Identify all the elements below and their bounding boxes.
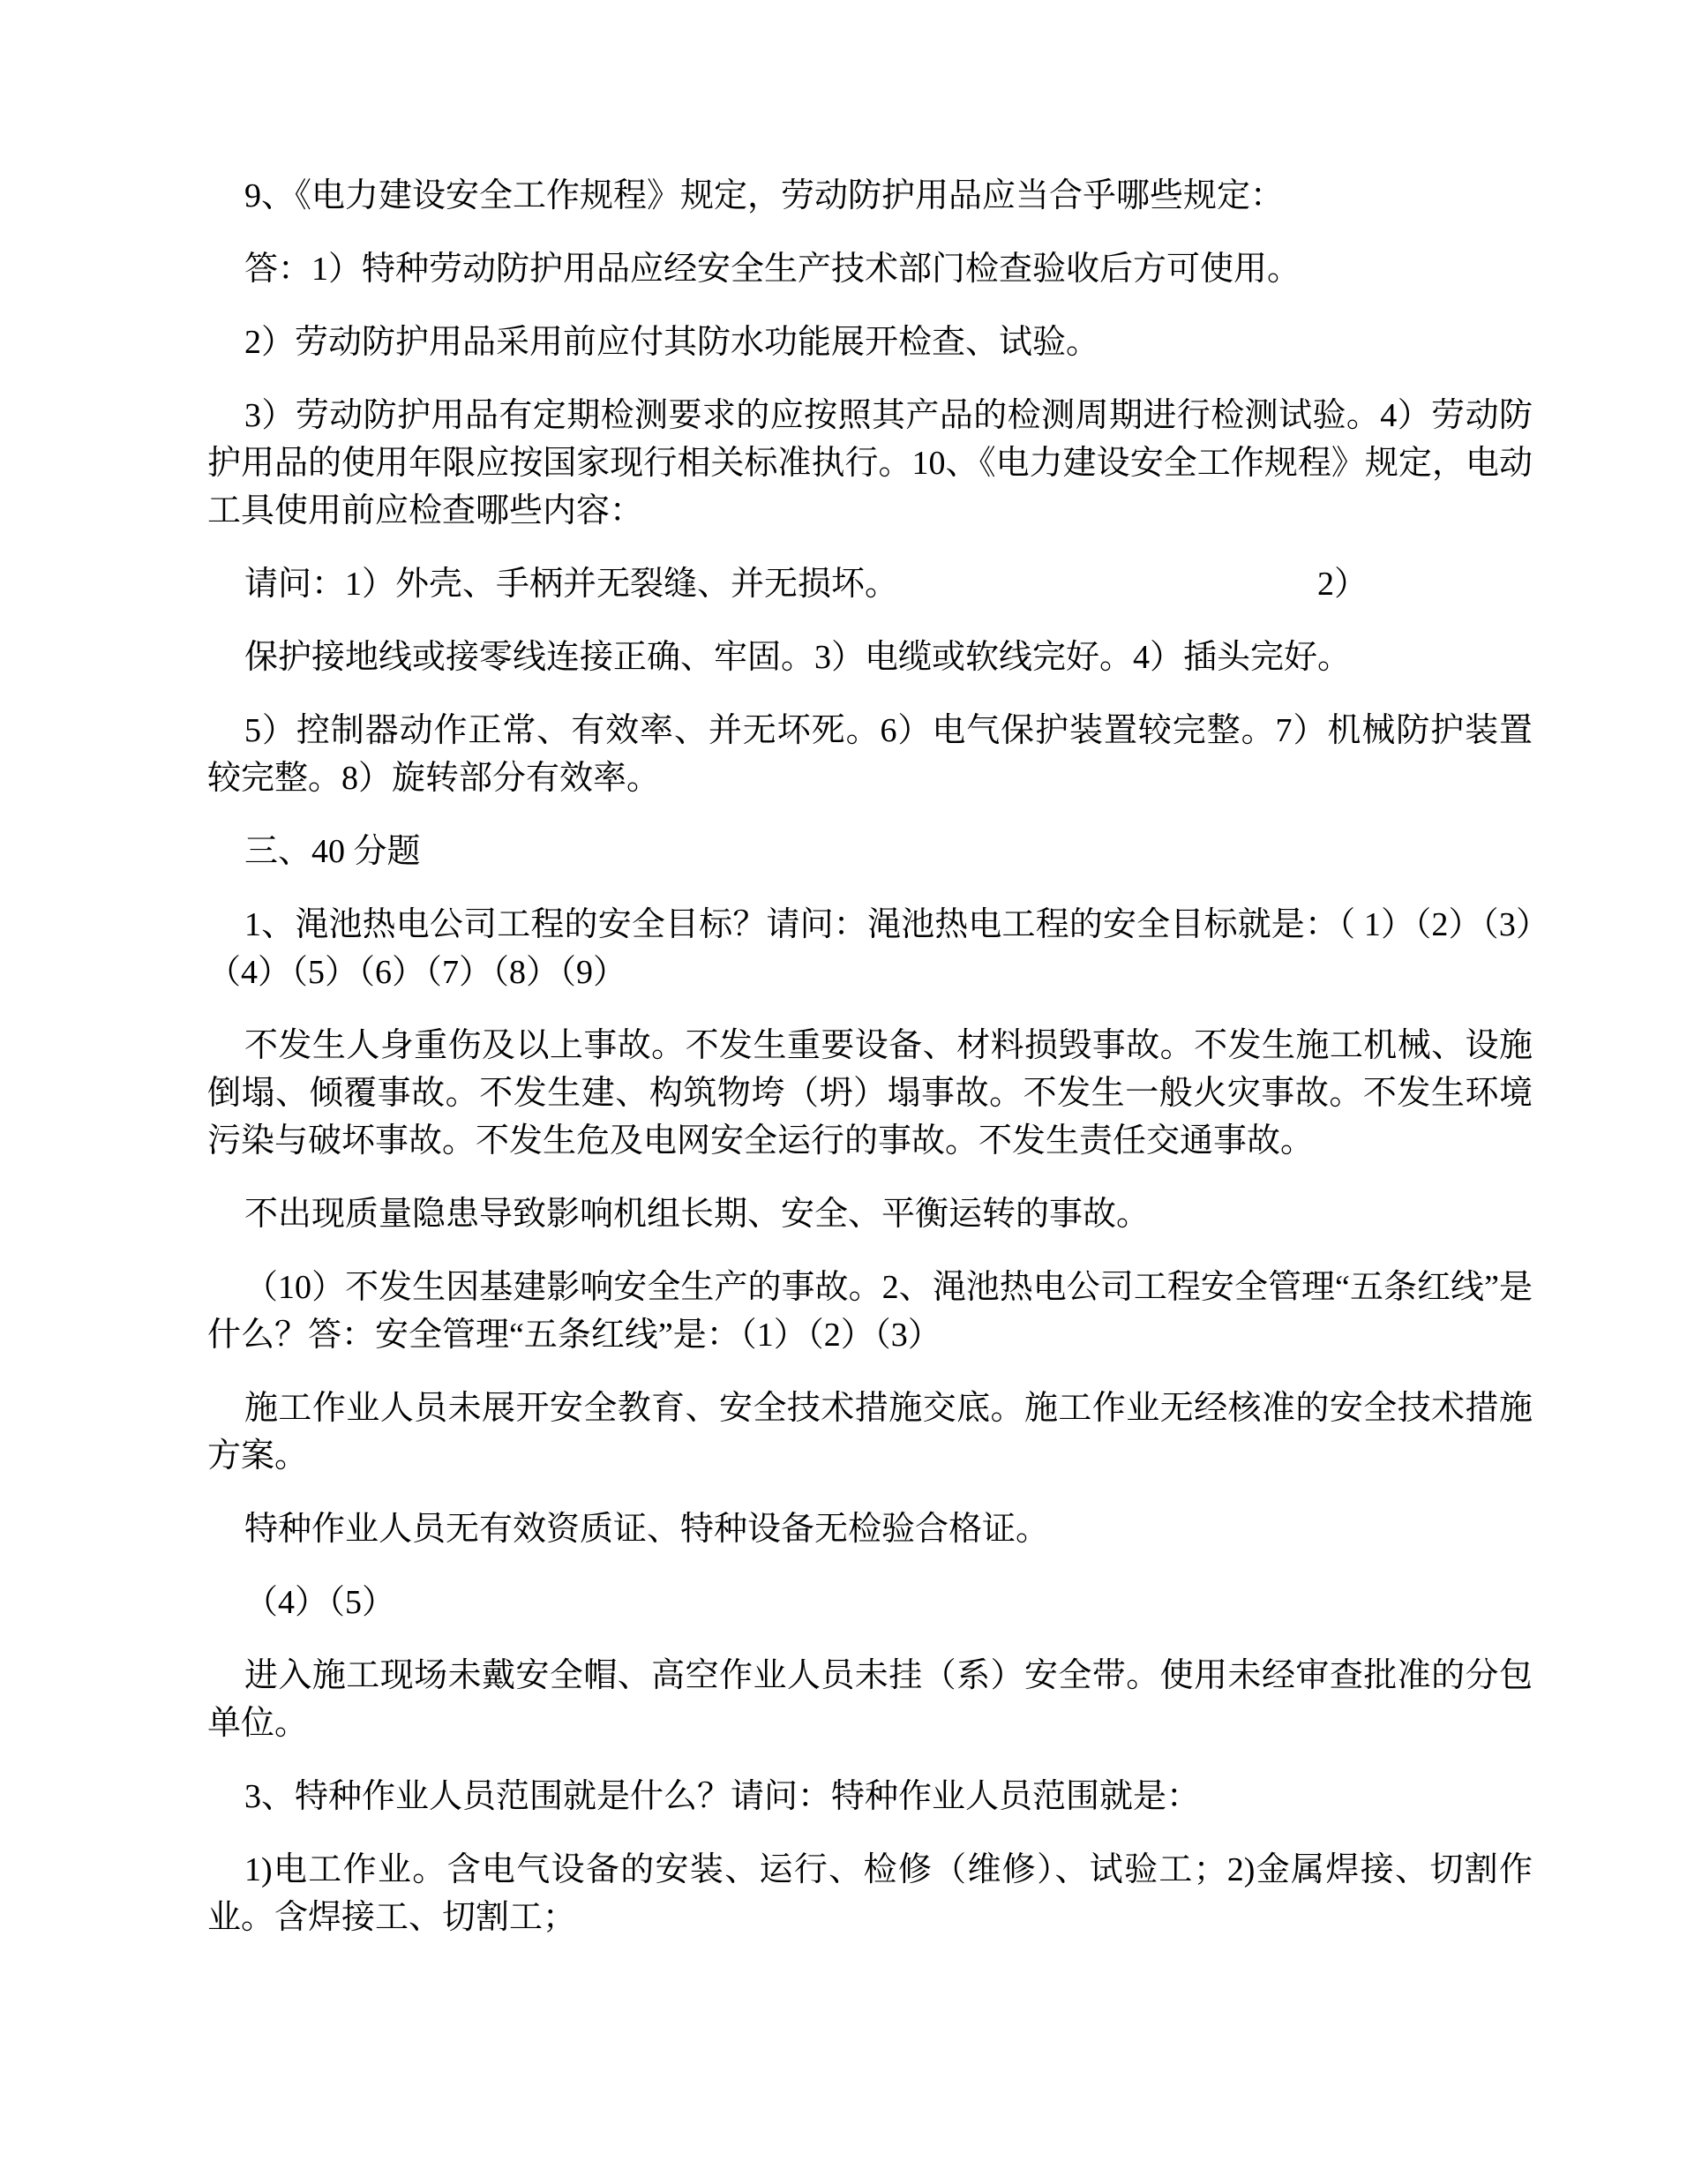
answer-10-item-1: 请问：1）外壳、手柄并无裂缝、并无损坏。 2） <box>207 560 1533 608</box>
question-9: 9、《电力建设安全工作规程》规定，劳动防护用品应当合乎哪些规定： <box>207 172 1533 220</box>
answer-9-item-1: 答：1）特种劳动防护用品应经安全生产技术部门检查验收后方可使用。 <box>207 245 1533 293</box>
answer-2-redlines-4-5: 进入施工现场未戴安全帽、高空作业人员未挂（系）安全带。使用未经审查批准的分包单位… <box>207 1652 1533 1747</box>
answer-10-items-5-8: 5）控制器动作正常、有效率、并无坏死。6）电气保护装置较完整。7）机械防护装置较… <box>207 707 1533 802</box>
answer-1-item-10-question-2: （10）不发生因基建影响安全生产的事故。2、渑池热电公司工程安全管理“五条红线”… <box>207 1264 1533 1359</box>
document-page: 9、《电力建设安全工作规程》规定，劳动防护用品应当合乎哪些规定： 答：1）特种劳… <box>0 0 1687 2184</box>
answer-9-item-2: 2）劳动防护用品采用前应付其防水功能展开检查、试验。 <box>207 319 1533 366</box>
answer-3-items-1-2: 1)电工作业。含电气设备的安装、运行、检修（维修）、试验工；2)金属焊接、切割作… <box>207 1846 1533 1941</box>
section-heading-40-points: 三、40 分题 <box>207 828 1533 875</box>
question-1-safety-goals: 1、渑池热电公司工程的安全目标？请问：渑池热电工程的安全目标就是：（ 1）（2）… <box>207 901 1533 996</box>
answer-10-items-2-4: 保护接地线或接零线连接正确、牢固。3）电缆或软线完好。4）插头完好。 <box>207 634 1533 681</box>
answer-1-goal-list: 不发生人身重伤及以上事故。不发生重要设备、材料损毁事故。不发生施工机械、设施倒塌… <box>207 1022 1533 1165</box>
question-3-special-operations: 3、特种作业人员范围就是什么？请问：特种作业人员范围就是： <box>207 1773 1533 1820</box>
answer-2-redline-3: 特种作业人员无有效资质证、特种设备无检验合格证。 <box>207 1505 1533 1553</box>
answer-2-redlines-1-2: 施工作业人员未展开安全教育、安全技术措施交底。施工作业无经核准的安全技术措施方案… <box>207 1385 1533 1480</box>
answer-9-items-3-4-question-10: 3）劳动防护用品有定期检测要求的应按照其产品的检测周期进行检测试验。4）劳动防护… <box>207 392 1533 535</box>
answer-2-items-4-5: （4）（5） <box>207 1579 1533 1626</box>
answer-1-quality-goal: 不出现质量隐患导致影响机组长期、安全、平衡运转的事故。 <box>207 1190 1533 1238</box>
